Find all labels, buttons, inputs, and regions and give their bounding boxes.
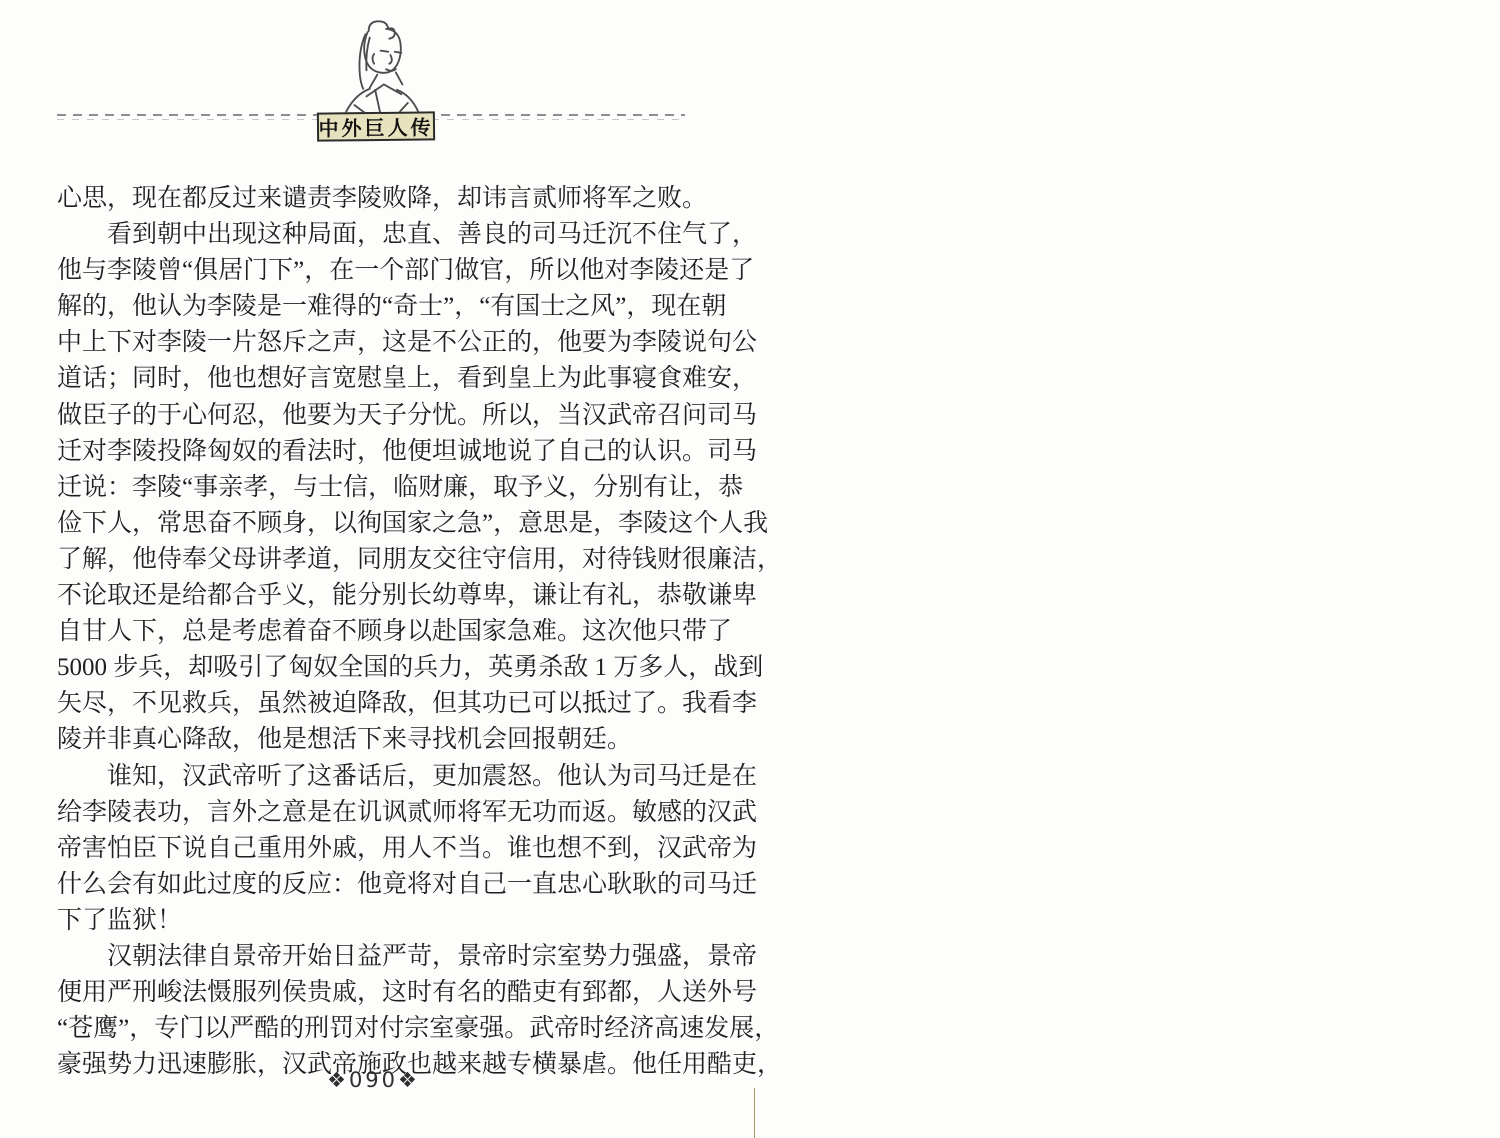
text-line: 谁知，汉武帝听了这番话后，更加震怒。他认为司马迁是在 xyxy=(57,759,690,795)
page-gutter-line xyxy=(754,1088,755,1138)
text-line: 不论取还是给都合乎义，能分别长幼尊卑，谦让有礼，恭敬谦卑 xyxy=(57,578,690,614)
text-line: 俭下人，常思奋不顾身，以徇国家之急”，意思是，李陵这个人我 xyxy=(57,506,690,542)
text-line: 给李陵表功，言外之意是在讥讽贰师将军无功而返。敏感的汉武 xyxy=(57,795,690,831)
text-line: 做臣子的于心何忍，他要为天子分忧。所以，当汉武帝召问司马 xyxy=(57,398,690,434)
text-line: 解的，他认为李陵是一难得的“奇士”，“有国士之风”，现在朝 xyxy=(57,289,690,325)
text-line: 5000 步兵，却吸引了匈奴全国的兵力，英勇杀敌 1 万多人，战到 xyxy=(57,650,690,686)
book-scan-spread: { "left_page": { "header_label": "中外巨人传"… xyxy=(0,0,1500,1138)
sima-qian-portrait-illustration xyxy=(312,18,434,116)
page-number-left: ❖090❖ xyxy=(57,1068,690,1092)
text-line: 矢尽，不见救兵，虽然被迫降敌，但其功已可以抵过了。我看李 xyxy=(57,686,690,722)
series-title-label: 中外巨人传 xyxy=(317,111,435,141)
text-line: 便用严刑峻法慑服列侯贵戚，这时有名的酷吏有郅都，人送外号 xyxy=(57,975,690,1011)
text-line: 心思，现在都反过来谴责李陵败降，却讳言贰师将军之败。 xyxy=(57,181,690,217)
text-line: 迁对李陵投降匈奴的看法时，他便坦诚地说了自己的认识。司马 xyxy=(57,434,690,470)
text-line: 汉朝法律自景帝开始日益严苛，景帝时宗室势力强盛，景帝 xyxy=(57,939,690,975)
page-left: 中外巨人传 心思，现在都反过来谴责李陵败降，却讳言贰师将军之败。看到朝中出现这种… xyxy=(0,0,730,1138)
text-line: 看到朝中出现这种局面，忠直、善良的司马迁沉不住气了， xyxy=(57,217,690,253)
text-line: “苍鹰”，专门以严酷的刑罚对付宗室豪强。武帝时经济高速发展， xyxy=(57,1011,690,1047)
text-line: 道话；同时，他也想好言宽慰皇上，看到皇上为此事寝食难安， xyxy=(57,361,690,397)
text-line: 他与李陵曾“俱居门下”，在一个部门做官，所以他对李陵还是了 xyxy=(57,253,690,289)
text-line: 下了监狱！ xyxy=(57,903,690,939)
page-right: 司 马 迁 改定律令，用法更加趋于残酷。武帝朝有名的酷吏如张汤、王温舒、杜周等，… xyxy=(730,0,1500,1138)
text-line: 什么会有如此过度的反应：他竟将对自己一直忠心耿耿的司马迁 xyxy=(57,867,690,903)
body-text-left: 心思，现在都反过来谴责李陵败降，却讳言贰师将军之败。看到朝中出现这种局面，忠直、… xyxy=(57,181,690,1083)
text-line: 中上下对李陵一片怒斥之声，这是不公正的，他要为李陵说句公 xyxy=(57,325,690,361)
text-line: 了解，他侍奉父母讲孝道，同朋友交往守信用，对待钱财很廉洁， xyxy=(57,542,690,578)
text-line: 帝害怕臣下说自己重用外戚，用人不当。谁也想不到，汉武帝为 xyxy=(57,831,690,867)
text-line: 陵并非真心降敌，他是想活下来寻找机会回报朝廷。 xyxy=(57,722,690,758)
text-line: 迁说：李陵“事亲孝，与士信，临财廉，取予义，分别有让，恭 xyxy=(57,470,690,506)
text-line: 自甘人下，总是考虑着奋不顾身以赴国家急难。这次他只带了 xyxy=(57,614,690,650)
